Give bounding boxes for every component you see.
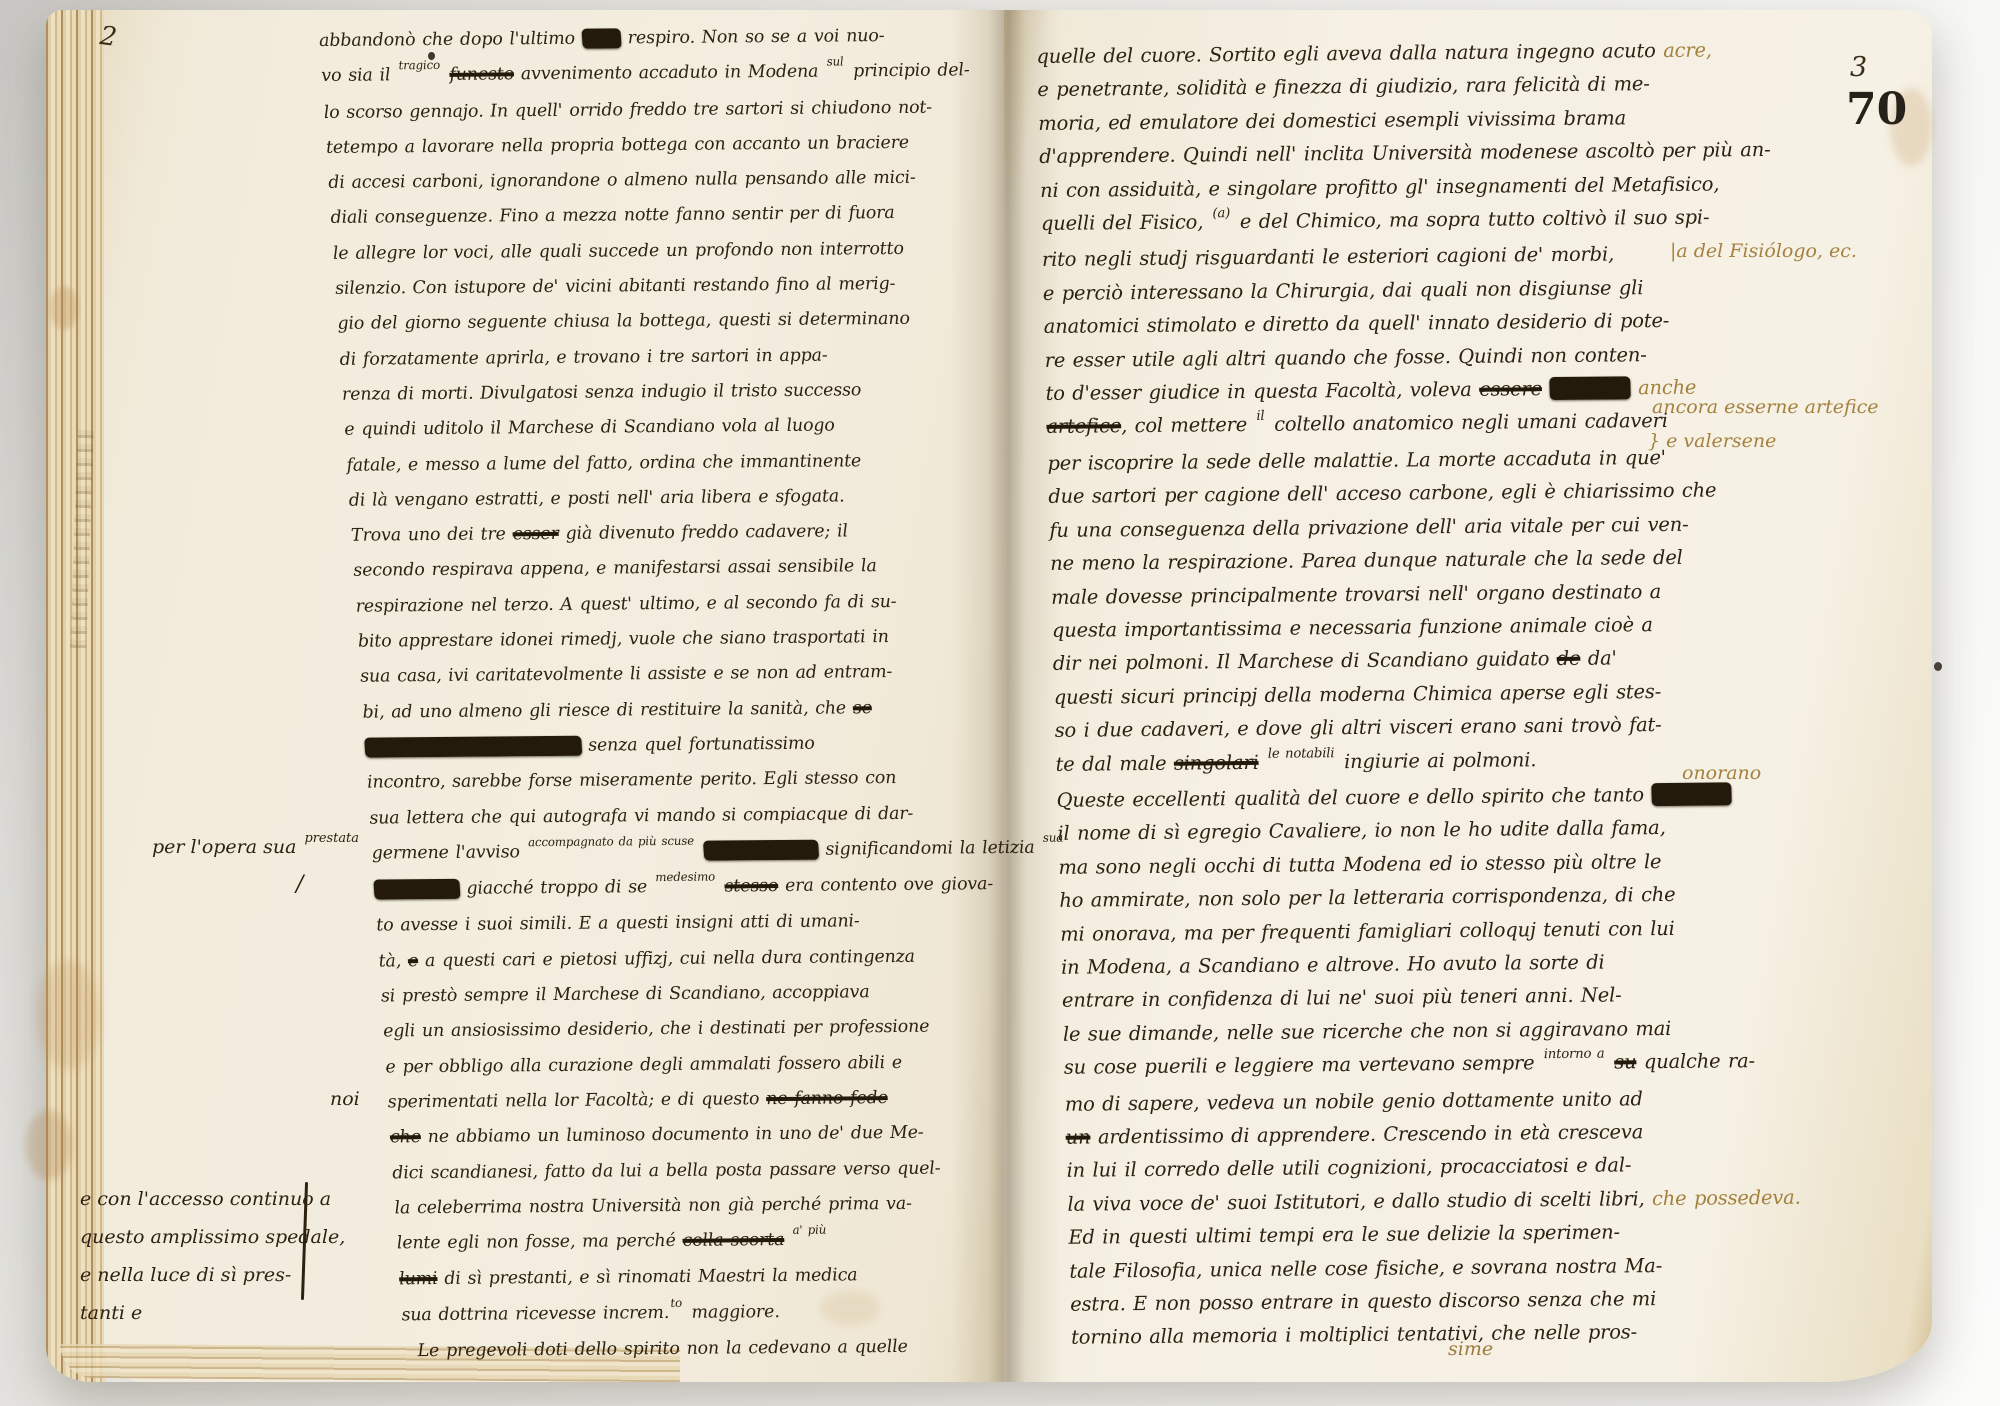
manuscript-line: su cose puerili e leggiere ma vertevano … xyxy=(1063,1044,1797,1087)
manuscript-line: lente egli non fosse, ma perché colla sc… xyxy=(396,1220,1092,1262)
struck-text: e xyxy=(407,951,418,971)
manuscript-line: respirazione nel terzo. A quest' ultimo,… xyxy=(355,583,1051,624)
manuscript-line: ne meno la respirazione. Parea dunque na… xyxy=(1050,540,1784,580)
manuscript-line: di accesi carboni, ignorandone o almeno … xyxy=(327,160,1023,201)
manuscript-line: germene l'avviso accompagnato da più scu… xyxy=(371,830,1067,872)
margin-note: ancora esserne artefice xyxy=(1652,396,1879,418)
manuscript-line: gio del giorno seguente chiusa la botteg… xyxy=(336,301,1032,342)
manuscript-line: sua dottrina ricevesse increm.to maggior… xyxy=(400,1292,1096,1334)
ink-deletion-blot: onorano xyxy=(1651,782,1732,806)
margin-note: per l'opera sua prestata xyxy=(152,836,361,858)
manuscript-line: tà, e a questi cari e pietosi uffizj, cu… xyxy=(378,938,1074,979)
struck-text: esser xyxy=(512,524,559,544)
struck-text: de xyxy=(1556,647,1580,670)
manuscript-line: bito apprestare idonei rimedj, vuole che… xyxy=(357,619,1053,660)
left-folio-number: 2 xyxy=(98,21,119,53)
interlinear-insertion: le notabili xyxy=(1268,746,1335,762)
struck-text: stesso xyxy=(724,876,779,896)
struck-text: su xyxy=(1614,1050,1637,1073)
ink-dot xyxy=(1934,662,1942,671)
interlinear-insertion: tragico xyxy=(398,58,440,72)
interlinear-insertion: medesimo xyxy=(655,870,716,885)
ink-deletion-blot: eziandio xyxy=(1549,376,1631,400)
manuscript-line: diali conseguenze. Fino a mezza notte fa… xyxy=(329,195,1025,236)
manuscript-line: sperimentati nella lor Facoltà; e di que… xyxy=(387,1079,1083,1120)
manuscript-line: anatomici stimolato e diretto da quell' … xyxy=(1043,303,1777,343)
manuscript-photo: 2 3 70 abbandonò che dopo l'ultimo fiato… xyxy=(0,0,2000,1406)
ink-deletion-blot: fiato xyxy=(581,28,621,48)
interlinear-insertion: sul xyxy=(826,55,844,69)
manuscript-line: lumi di sì prestanti, e sì rinomati Maes… xyxy=(398,1257,1094,1298)
margin-note-line: e nella luce di sì pres- xyxy=(80,1256,345,1294)
interlinear-insertion: intorno a xyxy=(1544,1047,1605,1063)
manuscript-line: tetempo a lavorare nella propria bottega… xyxy=(325,125,1021,166)
margin-note-line: noi xyxy=(330,1088,360,1110)
left-page-text: abbandonò che dopo l'ultimo fiato respir… xyxy=(318,18,1099,1370)
right-folio-number: 3 xyxy=(1850,52,1867,83)
manuscript-line: incontro, sarebbe forse miseramente peri… xyxy=(366,760,1062,801)
manuscript-line: to avesse i suoi simili. E a questi insi… xyxy=(375,903,1071,944)
manuscript-line: Trova uno dei tre esser già divenuto fre… xyxy=(350,513,1046,554)
right-page-text: quelle del cuore. Sortito egli aveva dal… xyxy=(1036,33,1805,1355)
manuscript-line: e per obbligo alla curazione degli ammal… xyxy=(384,1044,1080,1085)
margin-note-line: } e valersene xyxy=(1648,430,1776,452)
manuscript-line: Le pregevoli doti dello spirito non la c… xyxy=(403,1328,1099,1369)
manuscript-line: le allegre lor voci, alle quali succede … xyxy=(332,231,1028,272)
margin-note: / xyxy=(296,872,303,897)
struck-text: che xyxy=(389,1127,421,1147)
margin-note-line: ancora esserne artefice xyxy=(1652,396,1879,418)
interlinear-insertion: accompagnato da più scuse xyxy=(527,834,694,849)
manuscript-line: si prestò sempre il Marchese di Scandian… xyxy=(380,973,1076,1014)
interlinear-insertion: a' più xyxy=(792,1223,826,1237)
interlinear-insertion: il xyxy=(1256,409,1264,424)
margin-note-line: onorano xyxy=(1682,762,1761,784)
manuscript-line: quelli del Fisico, (a) e del Chimico, ma… xyxy=(1041,200,1775,243)
manuscript-line: bi, ad uno almeno gli riesce di restitui… xyxy=(361,689,1057,730)
manuscript-line: dici scandianesi, fatto da lui a bella p… xyxy=(391,1150,1087,1191)
manuscript-line: egli un ansiosissimo desiderio, che i de… xyxy=(382,1009,1078,1050)
manuscript-line: sua casa, ivi caritatevolmente li assist… xyxy=(359,654,1055,695)
interlinear-insertion: to xyxy=(670,1296,682,1310)
ink-deletion-blot: e dicendo xyxy=(373,879,460,900)
struck-text: un xyxy=(1065,1126,1090,1149)
manuscript-line: e dicendo giacché troppo di se medesimo … xyxy=(373,867,1069,909)
manuscript-line: di forzatamente aprirla, e trovano i tre… xyxy=(339,336,1035,377)
struck-text: funesto xyxy=(449,65,515,86)
manuscript-line: tornino alla memoria i moltiplici tentat… xyxy=(1071,1314,1805,1354)
interlinear-insertion: (a) xyxy=(1212,206,1230,221)
manuscript-line: abbandonò che dopo l'ultimo fiato respir… xyxy=(318,18,1014,59)
manuscript-line: lasciati colà alla ventura senza quel fo… xyxy=(364,725,1060,766)
margin-note-line: tanti e xyxy=(80,1294,345,1332)
light-ink-addition: acre, xyxy=(1663,39,1712,62)
archive-page-number: 70 xyxy=(1846,84,1907,135)
margin-note-line: / xyxy=(296,872,303,897)
margin-note: |a del Fisiólogo, ec. xyxy=(1670,240,1857,262)
struck-text: se xyxy=(852,698,872,718)
foxing-stain xyxy=(36,960,100,1070)
manuscript-line: sua lettera che qui autografa vi mando s… xyxy=(368,795,1064,836)
struck-text: singolari xyxy=(1174,750,1259,774)
margin-note: onorano xyxy=(1682,762,1761,784)
margin-note-line: |a del Fisiólogo, ec. xyxy=(1670,240,1857,262)
struck-text: artefice xyxy=(1046,415,1121,439)
manuscript-line: vo sia il tragico funesto avvenimento ac… xyxy=(320,53,1016,95)
manuscript-line: di là vengano estratti, e posti nell' ar… xyxy=(348,478,1044,519)
manuscript-line: secondo respirava appena, e manifestarsi… xyxy=(352,548,1048,589)
manuscript-line: e quindi uditolo il Marchese di Scandian… xyxy=(343,407,1039,448)
foxing-stain xyxy=(50,286,78,330)
manuscript-line: lo scorso gennajo. In quell' orrido fred… xyxy=(323,89,1019,130)
margin-note: noi xyxy=(330,1088,360,1110)
interlinear-insertion: prestata xyxy=(304,831,358,846)
struck-text: colla scorta xyxy=(682,1230,785,1251)
foxing-stain xyxy=(26,1110,72,1180)
margin-note-line: per l'opera sua prestata xyxy=(152,836,361,858)
manuscript-line: fatale, e messo a lume del fatto, ordina… xyxy=(345,442,1041,483)
manuscript-line: renza di morti. Divulgatosi senza indugi… xyxy=(341,372,1037,413)
margin-note: } e valersene xyxy=(1648,430,1776,452)
light-ink-addition: che possedeva. xyxy=(1652,1186,1801,1210)
catchword: sime xyxy=(1448,1338,1493,1360)
struck-text: essere xyxy=(1479,377,1542,401)
manuscript-line: la celeberrima nostra Università non già… xyxy=(393,1185,1089,1226)
manuscript-line: che ne abbiamo un luminoso documento in … xyxy=(389,1115,1085,1156)
struck-text: lumi xyxy=(399,1269,439,1289)
ink-deletion-blot: lasciati colà alla ventura xyxy=(364,736,582,758)
manuscript-line: silenzio. Con istupore de' vicini abitan… xyxy=(334,266,1030,307)
ink-deletion-blot: non richiesto xyxy=(703,839,819,860)
struck-text: ne fanno fede xyxy=(766,1088,889,1109)
